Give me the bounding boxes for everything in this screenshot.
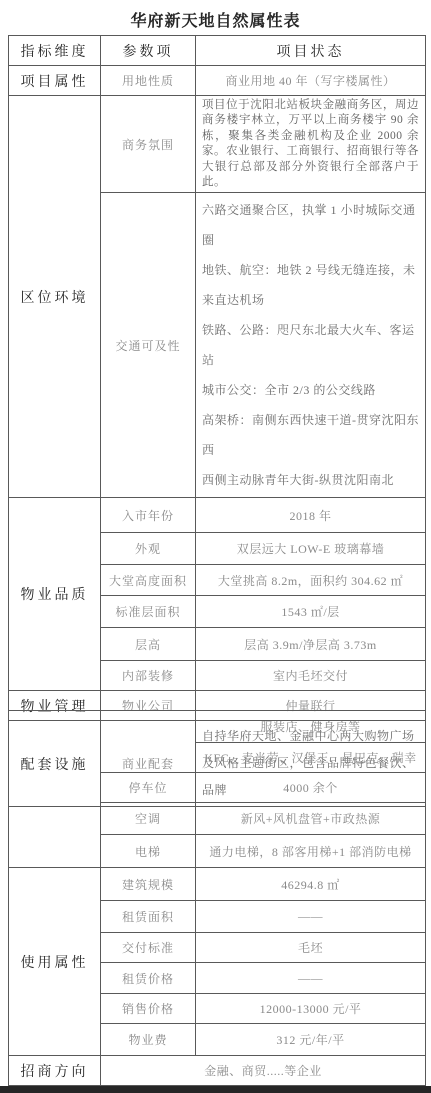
attributes-table-part1: 指标维度 参数项 项目状态 项目属性 用地性质 商业用地 40 年（写字楼属性）…: [8, 35, 426, 807]
value-floor-plate: 1543 ㎡/层: [196, 596, 426, 628]
param-lease-price: 租赁价格: [101, 963, 196, 994]
attributes-table-part2: 服装店、健身房等 KFC、麦当劳、汉堡王、星巴克、瑞幸 停车位 4000 余个 …: [8, 710, 426, 1086]
dimension-property-quality: 物业品质: [9, 498, 101, 691]
table-row: 使用属性 建筑规模 46294.8 ㎡: [9, 868, 426, 901]
param-traffic-access: 交通可及性: [101, 193, 196, 498]
header-param: 参数项: [101, 36, 196, 66]
value-traffic-access: 六路交通聚合区，执掌 1 小时城际交通圈 地铁、航空：地铁 2 号线无缝连接，未…: [196, 193, 426, 498]
value-lobby: 大堂挑高 8.2m，面积约 304.62 ㎡: [196, 565, 426, 596]
dimension-location: 区位环境: [9, 96, 101, 498]
value-building-scale: 46294.8 ㎡: [196, 868, 426, 901]
facilities-dimension-cell-empty: [9, 711, 101, 868]
header-status: 项目状态: [196, 36, 426, 66]
value-lease-price: ——: [196, 963, 426, 994]
value-property-fee: 312 元/年/平: [196, 1024, 426, 1056]
value-parking: 4000 余个: [196, 773, 426, 803]
dimension-usage-attr: 使用属性: [9, 868, 101, 1056]
param-building-scale: 建筑规模: [101, 868, 196, 901]
table-row: 招商方向 金融、商贸.....等企业: [9, 1056, 426, 1086]
value-exterior: 双层远大 LOW-E 玻璃幕墙: [196, 533, 426, 565]
page-title: 华府新天地自然属性表: [0, 8, 431, 31]
param-exterior: 外观: [101, 533, 196, 565]
value-floor-height: 层高 3.9m/净层高 3.73m: [196, 628, 426, 661]
table-row: 项目属性 用地性质 商业用地 40 年（写字楼属性）: [9, 66, 426, 96]
traffic-line: 西侧主动脉青年大街-纵贯沈阳南北: [202, 465, 419, 495]
param-floor-plate: 标准层面积: [101, 596, 196, 628]
param-elevator: 电梯: [101, 835, 196, 868]
value-elevator: 通力电梯，8 部客用梯+1 部消防电梯: [196, 835, 426, 868]
value-market-entry-year: 2018 年: [196, 498, 426, 533]
table-row: 物业品质 入市年份 2018 年: [9, 498, 426, 533]
param-hvac: 空调: [101, 803, 196, 835]
value-commercial-support-cont: 服装店、健身房等: [196, 711, 426, 743]
traffic-line: 城市公交：全市 2/3 的公交线路: [202, 375, 419, 405]
param-business-atmosphere: 商务氛围: [101, 96, 196, 193]
param-parking: 停车位: [101, 773, 196, 803]
value-hvac: 新风+风机盘管+市政热源: [196, 803, 426, 835]
facilities-param-cell-empty: [101, 711, 196, 773]
value-delivery-standard: 毛坯: [196, 933, 426, 963]
value-sale-price: 12000-13000 元/平: [196, 994, 426, 1024]
traffic-line: 地铁、航空：地铁 2 号线无缝连接，未来直达机场: [202, 255, 419, 315]
value-business-atmosphere: 项目位于沈阳北站板块金融商务区，周边商务楼宇林立，万平以上商务楼宇 90 余栋，…: [196, 96, 426, 193]
param-floor-height: 层高: [101, 628, 196, 661]
param-sale-price: 销售价格: [101, 994, 196, 1024]
traffic-line: 六路交通聚合区，执掌 1 小时城际交通圈: [202, 195, 419, 255]
table-row: 服装店、健身房等: [9, 711, 426, 743]
traffic-line: 铁路、公路：咫尺东北最大火车、客运站: [202, 315, 419, 375]
value-land-use: 商业用地 40 年（写字楼属性）: [196, 66, 426, 96]
param-market-entry-year: 入市年份: [101, 498, 196, 533]
table-row: 区位环境 商务氛围 项目位于沈阳北站板块金融商务区，周边商务楼宇林立，万平以上商…: [9, 96, 426, 193]
value-investment-direction: 金融、商贸.....等企业: [101, 1056, 426, 1086]
param-interior-finish: 内部装修: [101, 661, 196, 691]
value-brand-list: KFC、麦当劳、汉堡王、星巴克、瑞幸: [196, 743, 426, 773]
param-lease-area: 租赁面积: [101, 901, 196, 933]
value-lease-area: ——: [196, 901, 426, 933]
param-lobby: 大堂高度面积: [101, 565, 196, 596]
value-interior-finish: 室内毛坯交付: [196, 661, 426, 691]
param-land-use: 用地性质: [101, 66, 196, 96]
header-row: 指标维度 参数项 项目状态: [9, 36, 426, 66]
traffic-line: 高架桥：南侧东西快速干道-贯穿沈阳东西: [202, 405, 419, 465]
bottom-edge-bar: [0, 1086, 431, 1093]
dimension-project-attr: 项目属性: [9, 66, 101, 96]
param-property-fee: 物业费: [101, 1024, 196, 1056]
param-delivery-standard: 交付标准: [101, 933, 196, 963]
dimension-investment-direction: 招商方向: [9, 1056, 101, 1086]
header-dimension: 指标维度: [9, 36, 101, 66]
